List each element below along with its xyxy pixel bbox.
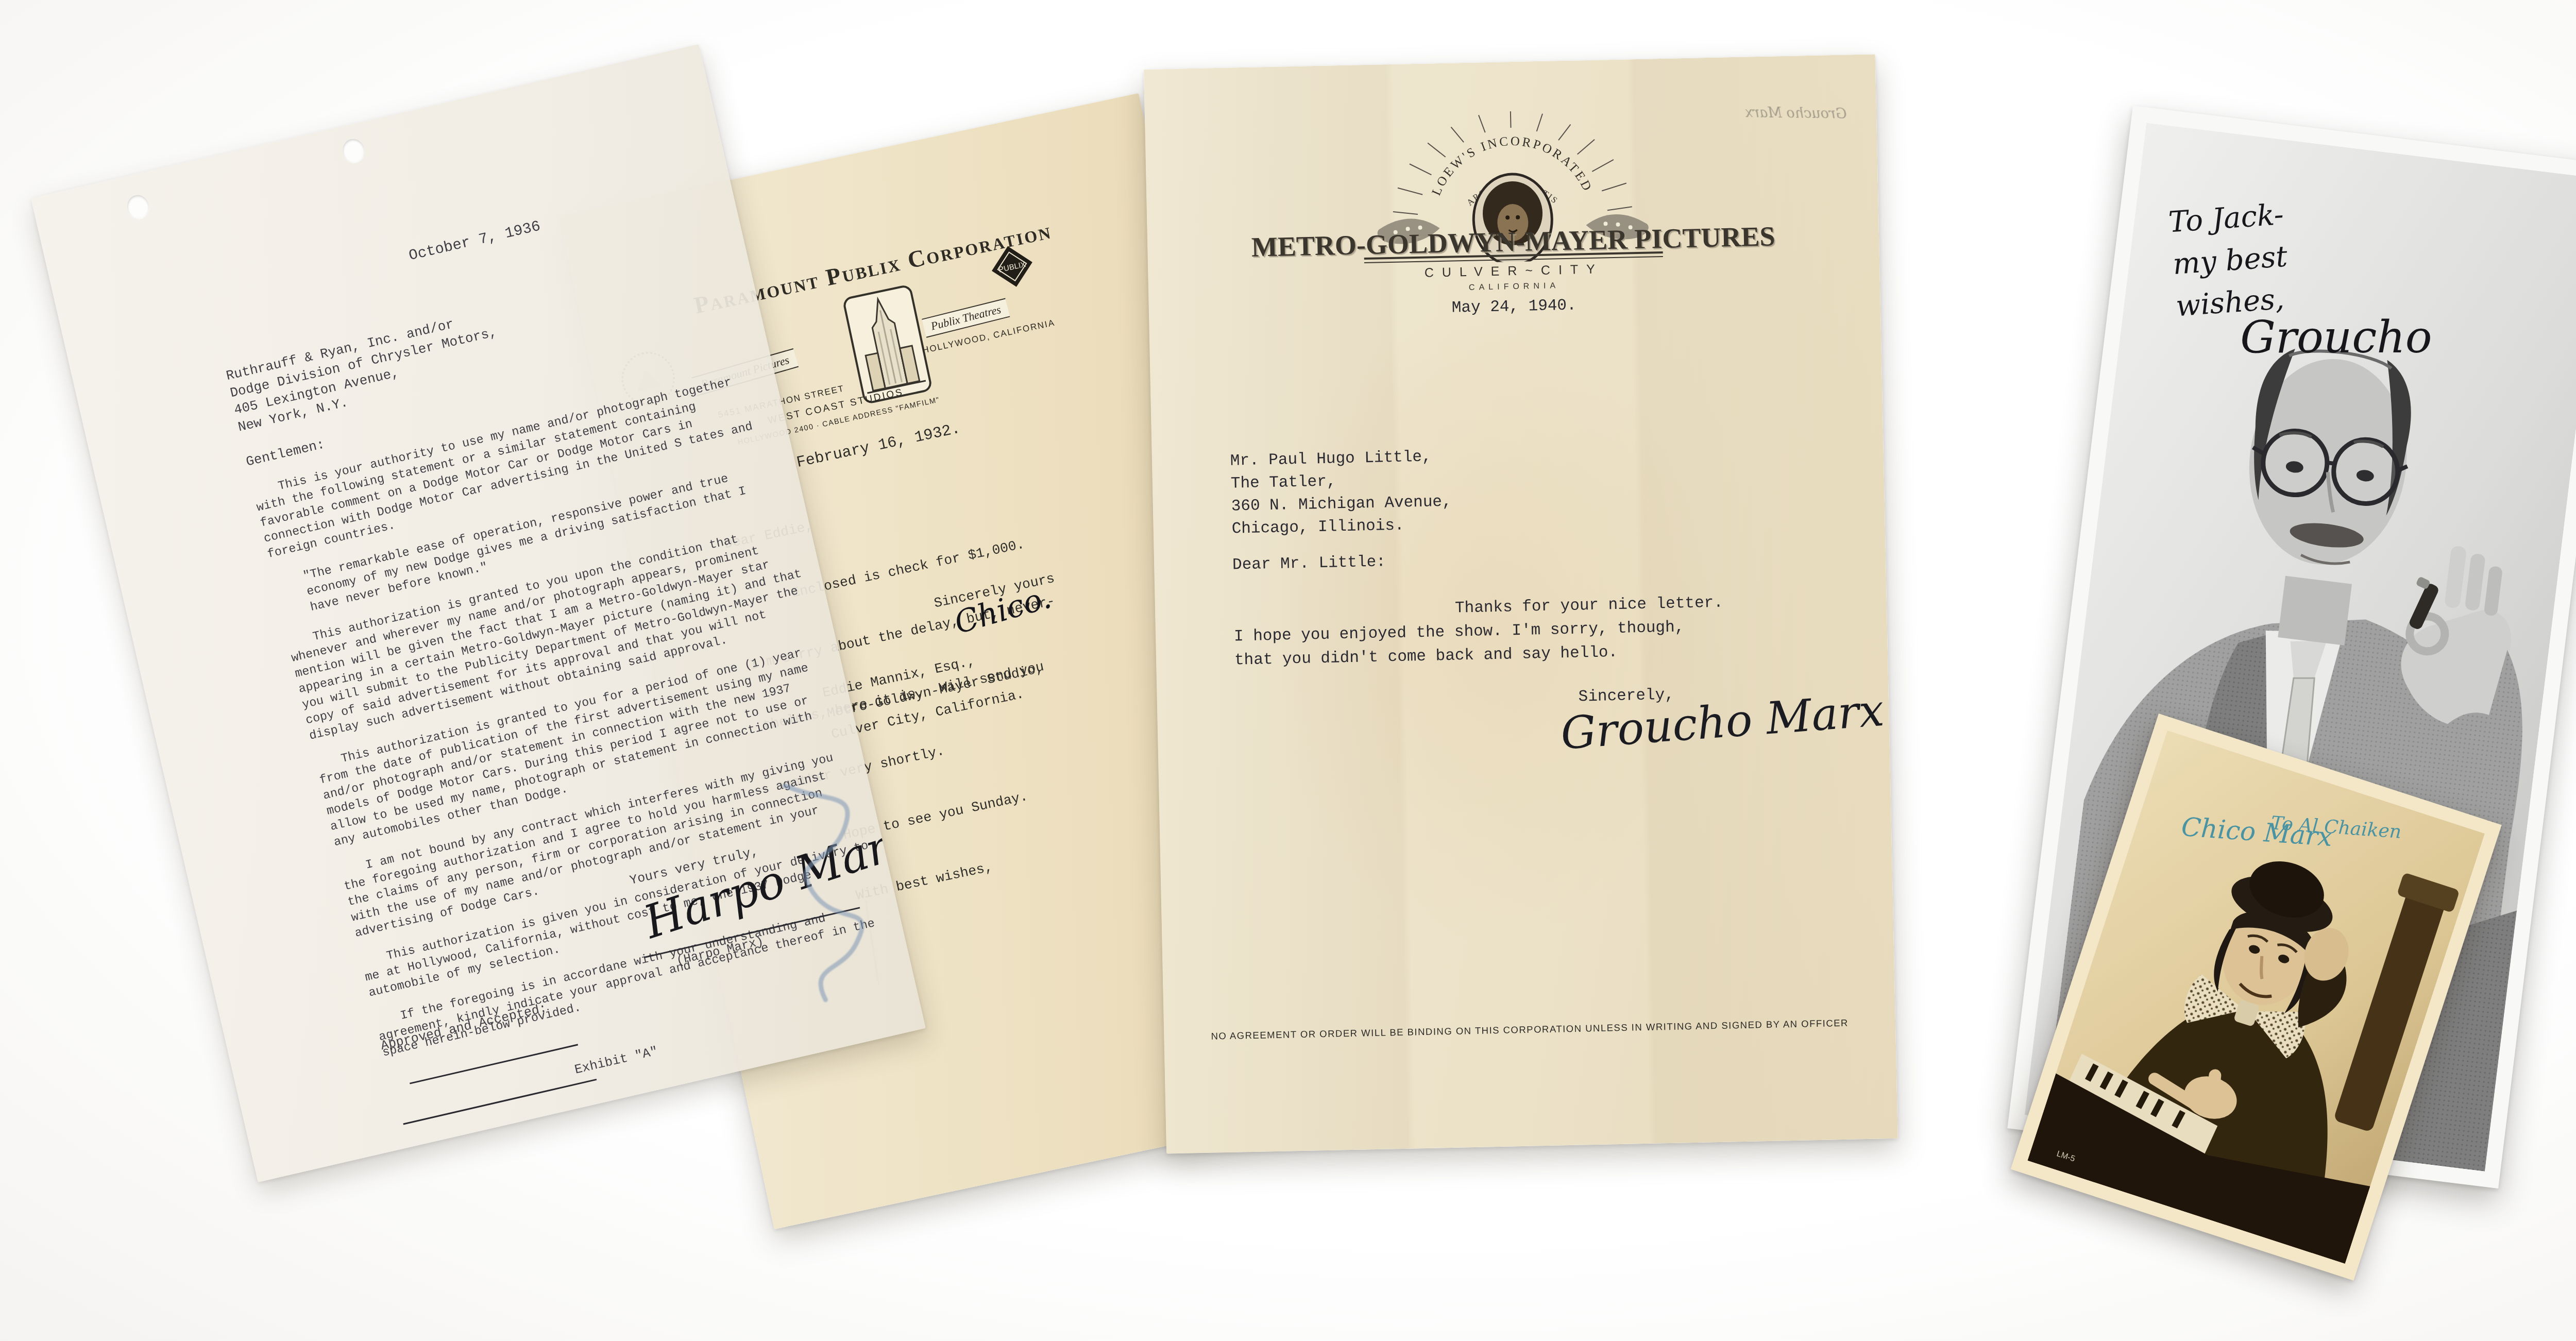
recipient-line: Chicago, Illinois. xyxy=(1231,514,1452,541)
groucho-photo-signature: Groucho xyxy=(2240,312,2432,363)
mgm-groucho-letter: Groucho Marx LOEW'S INCORPORATED xyxy=(1144,54,1898,1153)
harpo-letter-salutation: Gentlemen: xyxy=(245,436,327,469)
mgm-letter-salutation: Dear Mr. Little: xyxy=(1232,553,1386,574)
acceptance-signature-line xyxy=(403,1079,597,1125)
harpo-letter-date: October 7, 1936 xyxy=(407,217,542,264)
auction-photo-of-marx-brothers-documents: Paramount Publix Corporation Paramount P… xyxy=(0,0,2576,1341)
mgm-letter-body: Thanks for your nice letter. I hope you … xyxy=(1233,591,1725,673)
verso-pencil-note: Groucho Marx xyxy=(1744,105,1846,122)
recipient-line: Mr. Paul Hugo Little, xyxy=(1230,446,1451,473)
corporation-fine-print: NO AGREEMENT OR ORDER WILL BE BINDING ON… xyxy=(1164,1016,1895,1043)
publix-badge-icon: PUBLIX xyxy=(981,236,1043,299)
mgm-letter-date: May 24, 1940. xyxy=(1451,297,1577,317)
punch-hole xyxy=(341,137,367,165)
recipient-line: 360 N. Michigan Avenue, xyxy=(1231,491,1452,518)
punch-hole xyxy=(125,193,151,220)
harpo-letter-recipient: Ruthrauff & Ryan, Inc. and/or Dodge Divi… xyxy=(225,307,506,436)
mgm-letter-recipient: Mr. Paul Hugo Little, The Tatler, 360 N.… xyxy=(1230,446,1452,541)
exhibit-a-label: Exhibit "A" xyxy=(573,1044,659,1077)
neck xyxy=(2278,576,2352,646)
